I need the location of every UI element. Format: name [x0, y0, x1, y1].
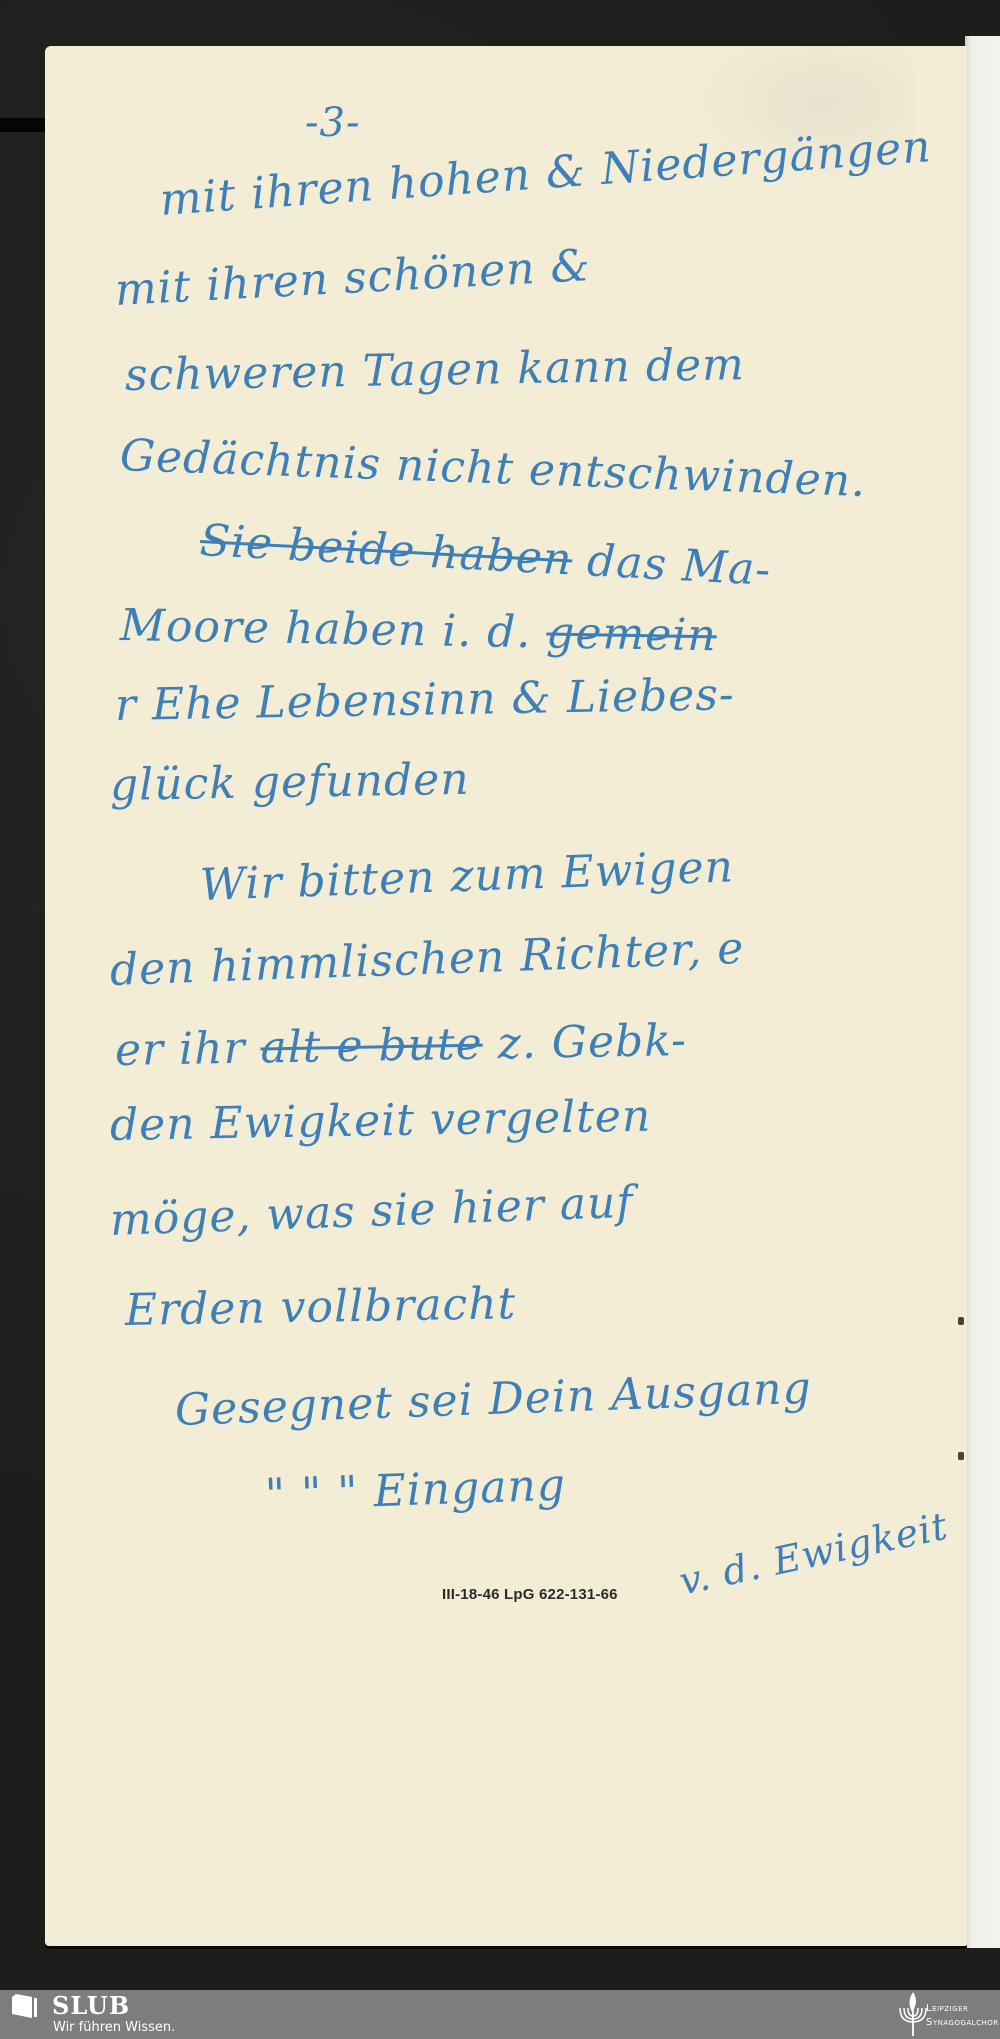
background-shadow-band	[0, 118, 46, 132]
handwritten-line-12: den Ewigkeit vergelten	[110, 1091, 652, 1151]
choir-name-line1: Leipziger	[926, 2003, 968, 2014]
staple-bottom	[958, 1452, 964, 1460]
menorah-flame-icon	[896, 1990, 930, 2036]
struck-text: alt e bute	[260, 1019, 483, 1074]
choir-name-line2: Synagogalchor	[926, 2017, 999, 2028]
handwritten-line-16: " " " Eingang	[264, 1460, 567, 1521]
handwritten-line-7: r Ehe Lebensinn & Liebes-	[115, 669, 736, 731]
handwritten-line-8: glück gefunden	[110, 754, 470, 811]
handwritten-line-6: Moore haben i. d. gemein	[120, 600, 718, 661]
slub-tagline: Wir führen Wissen.	[53, 2020, 175, 2035]
slub-logo-text: SLUB	[52, 1991, 130, 2020]
next-page-edge	[965, 36, 1000, 1948]
staple-top	[958, 1317, 964, 1325]
handwritten-line-3: schweren Tagen kann dem	[125, 339, 746, 401]
printed-catalog-code: III-18-46 LpG 622-131-66	[442, 1586, 618, 1603]
struck-text: gemein	[546, 607, 717, 661]
document-page	[45, 46, 967, 1946]
handwritten-line-11: er ihr alt e bute z. Gebk-	[115, 1015, 688, 1076]
page-number: -3-	[305, 100, 360, 146]
slub-book-icon	[12, 1994, 38, 2018]
handwritten-line-14: Erden vollbracht	[125, 1278, 517, 1336]
footer-bar: SLUB Wir führen Wissen. Leipziger Synago…	[0, 1990, 1000, 2039]
